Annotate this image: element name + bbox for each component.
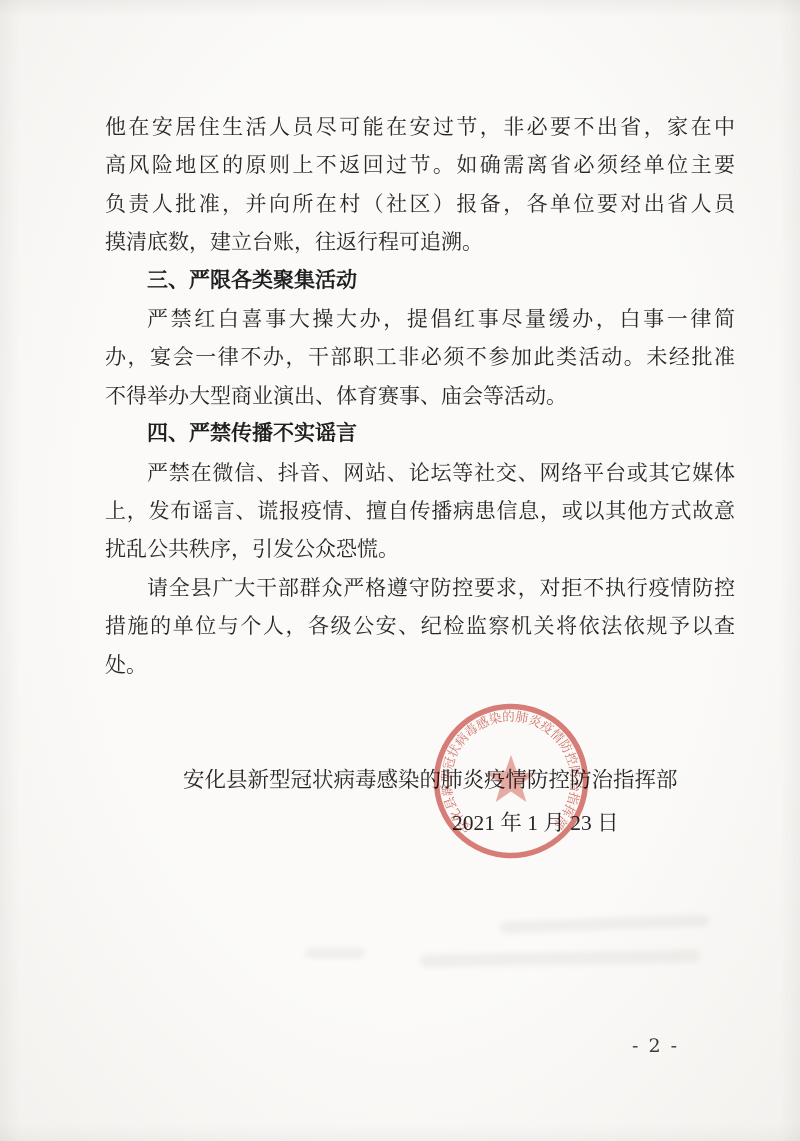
paragraph-line: 上，发布谣言、谎报疫情、擅自传播病患信息，或以其他方式故意: [105, 492, 735, 530]
scan-smudge: [305, 948, 365, 958]
paragraph-line: 不得举办大型商业演出、体育赛事、庙会等活动。: [105, 377, 735, 415]
document-body: 他在安居住生活人员尽可能在安过节，非必要不出省，家在中高风险地区的原则上不返回过…: [105, 108, 735, 684]
scan-smudge: [420, 950, 700, 968]
paragraph-line: 他在安居住生活人员尽可能在安过节，非必要不出省，家在中: [105, 108, 735, 146]
official-seal-stamp: 安化县新型冠状病毒感染的肺炎疫情防控防治指挥部: [426, 696, 596, 866]
paragraph-line: 办，宴会一律不办，干部职工非必须不参加此类活动。未经批准: [105, 338, 735, 376]
paragraph-line: 扰乱公共秩序，引发公众恐慌。: [105, 530, 735, 568]
paragraph-line: 严禁红白喜事大操大办，提倡红事尽量缓办，白事一律简: [105, 300, 735, 338]
paragraph-line: 处。: [105, 646, 735, 684]
paragraph-line: 高风险地区的原则上不返回过节。如确需离省必须经单位主要: [105, 146, 735, 184]
document-page: 他在安居住生活人员尽可能在安过节，非必要不出省，家在中高风险地区的原则上不返回过…: [0, 0, 800, 1141]
section-heading: 三、严限各类聚集活动: [105, 262, 735, 300]
paragraph-line: 请全县广大干部群众严格遵守防控要求，对拒不执行疫情防控: [105, 569, 735, 607]
seal-star-icon: [486, 755, 535, 802]
paragraph-line: 措施的单位与个人，各级公安、纪检监察机关将依法依规予以查: [105, 607, 735, 645]
paragraph-line: 严禁在微信、抖音、网站、论坛等社交、网络平台或其它媒体: [105, 454, 735, 492]
section-heading: 四、严禁传播不实谣言: [105, 415, 735, 453]
paragraph-line: 负责人批准，并向所在村（社区）报备，各单位要对出省人员: [105, 185, 735, 223]
page-number: - 2 -: [632, 1035, 679, 1057]
paragraph-line: 摸清底数，建立台账，往返行程可追溯。: [105, 223, 735, 261]
scan-smudge: [500, 914, 710, 933]
